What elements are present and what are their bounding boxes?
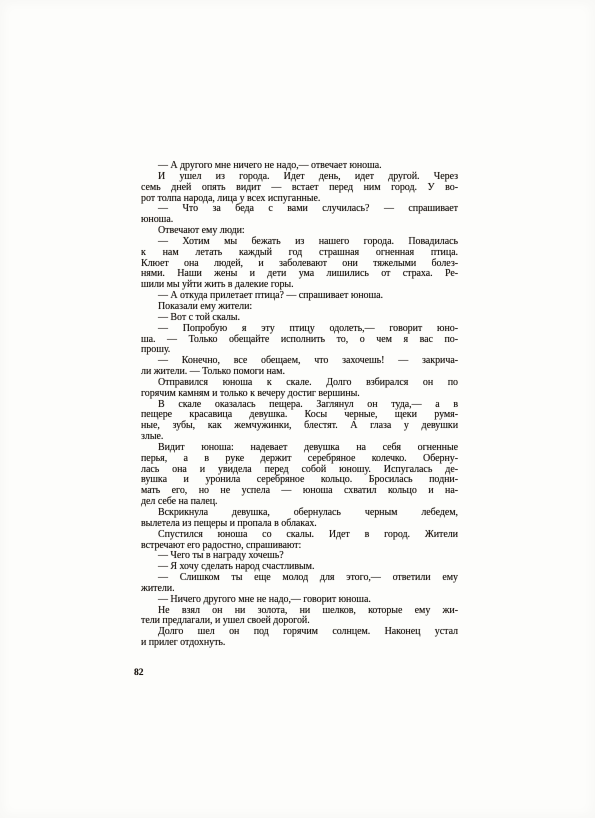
text-line: ные, зубы, как жемчужинки, блестят. А гл… bbox=[141, 421, 458, 432]
paragraph: Видит юноша: надевает девушка на себя ог… bbox=[141, 443, 458, 508]
text-line: семь дней опять видит — встает перед ним… bbox=[141, 183, 458, 194]
text-line: — Попробую я эту птицу одолеть,— говорит… bbox=[141, 324, 458, 335]
paragraph: Не взял он ни золота, ни шелков, которые… bbox=[141, 606, 458, 628]
text-line: Спустился юноша со скалы. Идет в город. … bbox=[141, 530, 458, 541]
page-number: 82 bbox=[134, 668, 144, 678]
paragraph: Долго шел он под горячим солнцем. Наконе… bbox=[141, 627, 458, 649]
text-line: ша. — Только обещайте исполнить то, о че… bbox=[141, 335, 458, 346]
paragraph: — Что за беда с вами случилась? — спраши… bbox=[141, 204, 458, 226]
text-line: — Ничего другого мне не надо,— говорит ю… bbox=[141, 595, 458, 606]
paragraph: — Конечно, все обещаем, что захочешь! — … bbox=[141, 356, 458, 378]
text-line: к нам летать каждый год страшная огненна… bbox=[141, 248, 458, 259]
paragraph: Отправился юноша к скале. Долго взбиралс… bbox=[141, 378, 458, 400]
paragraph: — Слишком ты еще молод для этого,— ответ… bbox=[141, 573, 458, 595]
paragraph: — Попробую я эту птицу одолеть,— говорит… bbox=[141, 324, 458, 357]
paragraph: В скале оказалась пещера. Заглянул он ту… bbox=[141, 400, 458, 443]
book-page: — А другого мне ничего не надо,— отвечае… bbox=[0, 0, 595, 818]
text-line: — Слишком ты еще молод для этого,— ответ… bbox=[141, 573, 458, 584]
paragraph: И ушел из города. Идет день, идет другой… bbox=[141, 172, 458, 205]
text-line: — Что за беда с вами случилась? — спраши… bbox=[141, 204, 458, 215]
text-line: горячим камням и только к вечеру достиг … bbox=[141, 389, 458, 400]
paragraph: — Ничего другого мне не надо,— говорит ю… bbox=[141, 595, 458, 606]
text-line: перья, а в руке держит серебряное колечк… bbox=[141, 454, 458, 465]
paragraph: Вскрикнула девушка, обернулась черным ле… bbox=[141, 508, 458, 530]
page-text-block: — А другого мне ничего не надо,— отвечае… bbox=[141, 161, 458, 649]
paragraph: — Хотим мы бежать из нашего города. Пова… bbox=[141, 237, 458, 291]
text-line: и прилег отдохнуть. bbox=[141, 638, 458, 649]
paragraph: Спустился юноша со скалы. Идет в город. … bbox=[141, 530, 458, 552]
